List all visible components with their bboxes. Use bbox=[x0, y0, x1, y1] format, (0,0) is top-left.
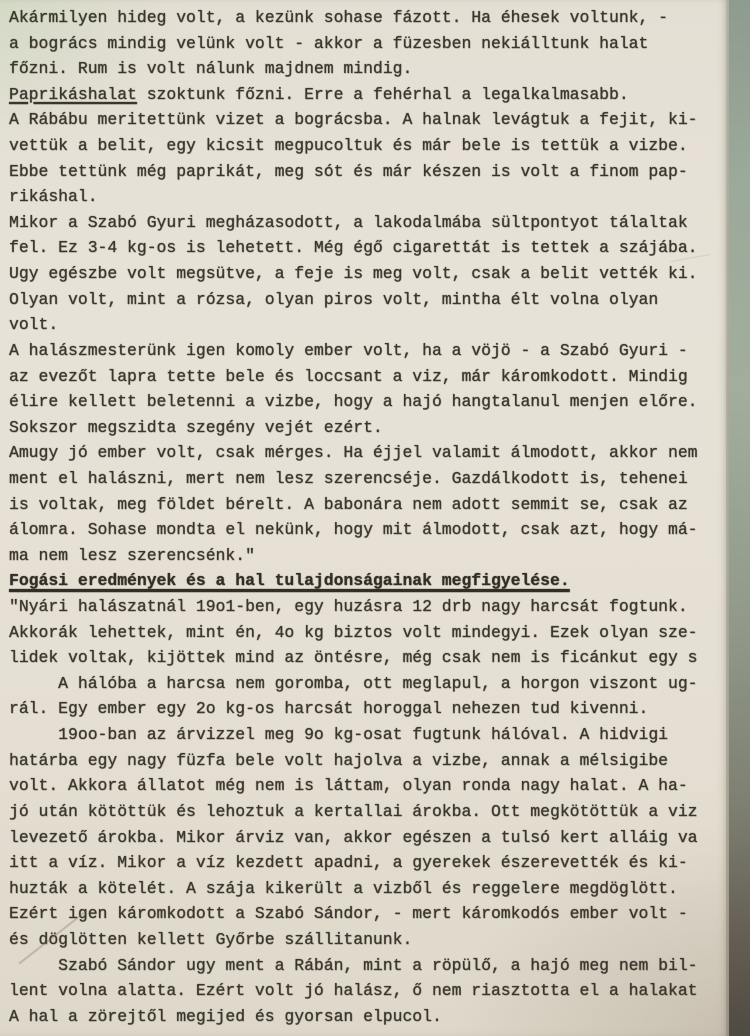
section-heading: Fogási eredmények és a hal tulajdonságai… bbox=[9, 568, 721, 594]
text-line: fel. Ez 3-4 kg-os is lehetett. Még égő c… bbox=[9, 235, 721, 261]
text-line: jó után kötöttük és lehoztuk a kertallai… bbox=[9, 799, 721, 825]
text-line: huzták a kötelét. A szája kikerült a viz… bbox=[9, 876, 721, 902]
text-line-rest: szoktunk főzni. Erre a fehérhal a legalk… bbox=[137, 85, 629, 104]
text-line: ment el halászni, mert nem lesz szerencs… bbox=[9, 466, 721, 492]
underlined-word: Paprikáshalat bbox=[9, 85, 137, 104]
text-line: Szabó Sándor ugy ment a Rábán, mint a rö… bbox=[9, 953, 721, 979]
paper-sheet: Akármilyen hideg volt, a kezünk sohase f… bbox=[0, 0, 729, 1036]
text-line: lidek voltak, kijöttek mind az öntésre, … bbox=[9, 645, 721, 671]
text-line: álomra. Sohase mondta el nekünk, hogy mi… bbox=[9, 517, 721, 543]
text-line: az evezőt lapra tette bele és loccsant a… bbox=[9, 364, 721, 390]
text-line: A hálóba a harcsa nem goromba, ott megla… bbox=[9, 671, 721, 697]
text-line: rál. Egy ember egy 2o kg-os harcsát horo… bbox=[9, 696, 721, 722]
text-line: Akármilyen hideg volt, a kezünk sohase f… bbox=[9, 5, 721, 31]
text-line: Ugy egészbe volt megsütve, a feje is meg… bbox=[9, 261, 721, 287]
text-line: volt. bbox=[9, 312, 721, 338]
text-line: lent volna alatta. Ezért volt jó halász,… bbox=[9, 978, 721, 1004]
text-line: Akkorák lehettek, mint én, 4o kg biztos … bbox=[9, 620, 721, 646]
text-line: Paprikáshalat szoktunk főzni. Erre a feh… bbox=[9, 82, 721, 108]
text-line: Olyan volt, mint a rózsa, olyan piros vo… bbox=[9, 287, 721, 313]
text-line: is voltak, meg földet bérelt. A babonára… bbox=[9, 492, 721, 518]
text-line: Mikor a Szabó Gyuri megházasodott, a lak… bbox=[9, 210, 721, 236]
typewritten-text-block: Akármilyen hideg volt, a kezünk sohase f… bbox=[9, 5, 721, 1029]
text-line: vettük a belit, egy kicsit megpucoltuk é… bbox=[9, 133, 721, 159]
text-line: Amugy jó ember volt, csak mérges. Ha éjj… bbox=[9, 440, 721, 466]
text-line: 19oo-ban az árvizzel meg 9o kg-osat fugt… bbox=[9, 722, 721, 748]
text-line: és döglötten kellett Győrbe szállitanunk… bbox=[9, 927, 721, 953]
text-line: itt a víz. Mikor a víz kezdett apadni, a… bbox=[9, 850, 721, 876]
text-line: A hal a zörejtől megijed és gyorsan elpu… bbox=[9, 1004, 721, 1030]
text-line: a bogrács mindig velünk volt - akkor a f… bbox=[9, 31, 721, 57]
text-line: A Rábábu meritettünk vizet a bográcsba. … bbox=[9, 107, 721, 133]
text-line: Ebbe tettünk még paprikát, meg sót és má… bbox=[9, 159, 721, 185]
text-line: élire kellett beletenni a vizbe, hogy a … bbox=[9, 389, 721, 415]
text-line: rikáshal. bbox=[9, 184, 721, 210]
text-line: levezető árokba. Mikor árviz van, akkor … bbox=[9, 825, 721, 851]
scanned-document-page: Akármilyen hideg volt, a kezünk sohase f… bbox=[0, 0, 750, 1036]
text-line: volt. Akkora állatot még nem is láttam, … bbox=[9, 773, 721, 799]
text-line: Ezért igen káromkodott a Szabó Sándor, -… bbox=[9, 901, 721, 927]
text-line: A halászmesterünk igen komoly ember volt… bbox=[9, 338, 721, 364]
text-line: főzni. Rum is volt nálunk majdnem mindig… bbox=[9, 56, 721, 82]
text-line: Sokszor megszidta szegény vejét ezért. bbox=[9, 415, 721, 441]
scan-background-strip bbox=[729, 0, 750, 1036]
text-line: határba egy nagy füzfa bele volt hajolva… bbox=[9, 748, 721, 774]
text-line: "Nyári halászatnál 19o1-ben, egy huzásra… bbox=[9, 594, 721, 620]
text-line: ma nem lesz szerencsénk." bbox=[9, 543, 721, 569]
